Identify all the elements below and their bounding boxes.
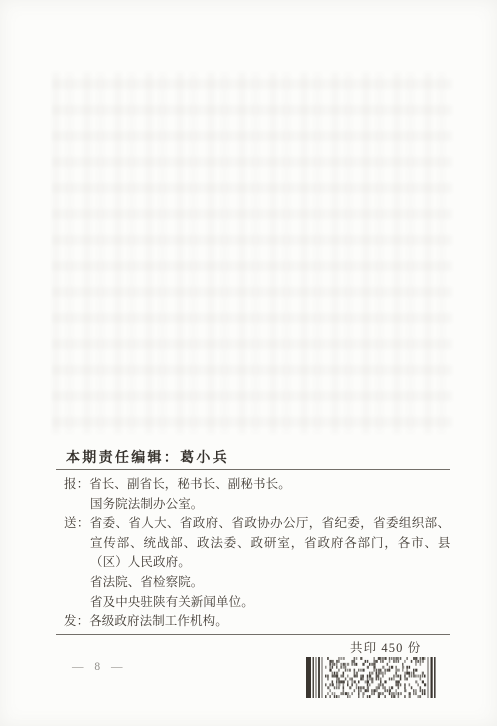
distribution-line: 报：省长、副省长，秘书长、副秘书长。 [64,475,456,495]
distribution-line: 省及中央驻陕有关新闻单位。 [64,593,456,613]
distribution-line: 宣传部、统战部、政法委、政研室，省政府各部门，各市、县 [64,534,456,554]
scanned-document-page: 本期责任编辑：葛小兵 报：省长、副省长，秘书长、副秘书长。 国务院法制办公室。 … [0,0,497,726]
distribution-line: 发：各级政府法制工作机构。 [64,612,456,632]
distribution-line: 送：省委、省人大、省政府、省政协办公厅，省纪委，省委组织部、 [64,514,456,534]
print-count: 共印 450 份 [350,638,421,656]
divider-bottom [56,634,450,635]
distribution-list: 报：省长、副省长，秘书长、副秘书长。 国务院法制办公室。 送：省委、省人大、省政… [64,475,456,632]
distribution-line: 省法院、省检察院。 [64,573,456,593]
divider-top [56,469,450,470]
pdf417-barcode-icon [306,657,436,698]
distribution-line: （区）人民政府。 [64,553,456,573]
distribution-line: 国务院法制办公室。 [64,495,456,515]
editor-credit: 本期责任编辑：葛小兵 [66,447,229,467]
page-number: — 8 — [72,661,124,673]
reverse-side-showthrough [52,72,452,434]
